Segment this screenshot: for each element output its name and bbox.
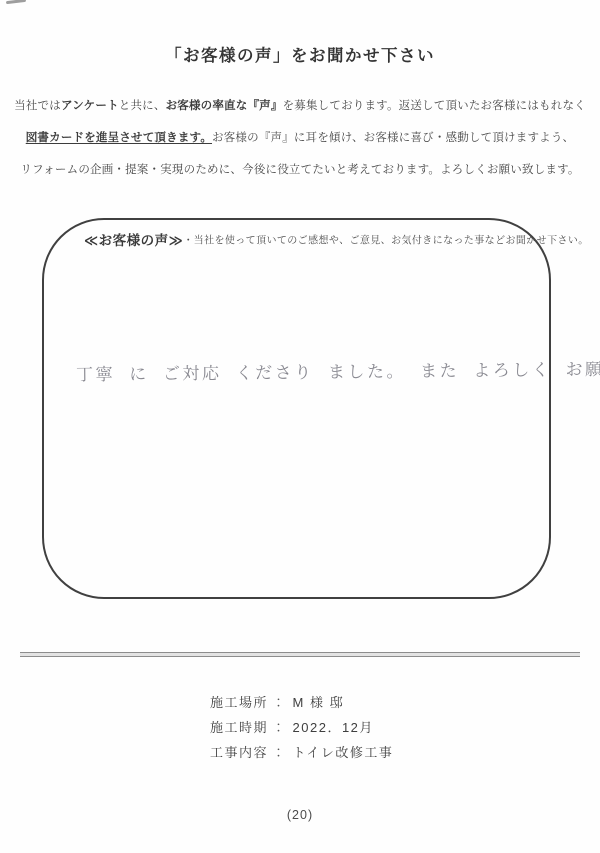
info-label: 施工時期 [210,720,268,735]
intro-paragraph: 当社ではアンケートと共に、お客様の率直な『声』を募集しております。返送して頂いた… [0,96,600,192]
section-divider [20,652,580,657]
intro-line-2: 図書カードを進呈させて頂きます。お客様の『声』に耳を傾け、お客様に喜び・感動して… [0,128,600,160]
handwritten-comment: 丁寧 に ご対応 くださり ました。 また よろしく お願いします。 [76,356,536,386]
voice-box-header: ≪お客様の声≫・当社を使って頂いてのご感想や、ご意見、お気付きになった事などお聞… [84,229,589,249]
voice-box-label: ≪お客様の声≫ [84,233,183,248]
intro-text: と共に、 [119,100,166,112]
info-value: 2022．12月 [293,720,374,735]
info-value: トイレ改修工事 [293,745,394,760]
project-info-row-content: 工事内容：トイレ改修工事 [210,743,393,768]
scan-artifact [6,0,26,4]
info-separator: ： [272,720,287,735]
info-separator: ： [272,695,287,710]
intro-text: 当社では [14,100,61,112]
intro-line-1: 当社ではアンケートと共に、お客様の率直な『声』を募集しております。返送して頂いた… [0,96,600,128]
intro-text-bold: アンケート [61,100,119,112]
intro-line-3: リフォームの企画・提案・実現のために、今後に役立てたいと考えております。よろしく… [0,160,600,192]
info-separator: ： [272,745,287,760]
voice-box-note: ・当社を使って頂いてのご感想や、ご意見、お気付きになった事などお聞かせ下さい。 [183,236,588,247]
project-info: 施工場所：M 様 邸 施工時期：2022．12月 工事内容：トイレ改修工事 [210,693,393,768]
intro-text: リフォームの企画・提案・実現のために、今後に役立てたいと考えております。よろしく… [20,164,579,176]
page-title: 「お客様の声」をお聞かせ下さい [0,42,600,66]
info-value: M 様 邸 [293,695,345,710]
intro-text: お客様の『声』に耳を傾け、お客様に喜び・感動して頂けますよう、 [212,132,574,144]
intro-text-bold: お客様の率直な『声』 [166,100,283,112]
project-info-row-location: 施工場所：M 様 邸 [210,693,393,718]
page-number: (20) [0,808,600,822]
document-page: 「お客様の声」をお聞かせ下さい 当社ではアンケートと共に、お客様の率直な『声』を… [0,0,600,853]
project-info-row-period: 施工時期：2022．12月 [210,718,393,743]
intro-text-bold-underline: 図書カードを進呈させて頂きます。 [26,132,212,144]
info-label: 工事内容 [210,745,268,760]
info-label: 施工場所 [210,695,268,710]
intro-text: を募集しております。返送して頂いたお客様にはもれなく [283,100,586,112]
customer-voice-box: ≪お客様の声≫・当社を使って頂いてのご感想や、ご意見、お気付きになった事などお聞… [42,218,551,599]
